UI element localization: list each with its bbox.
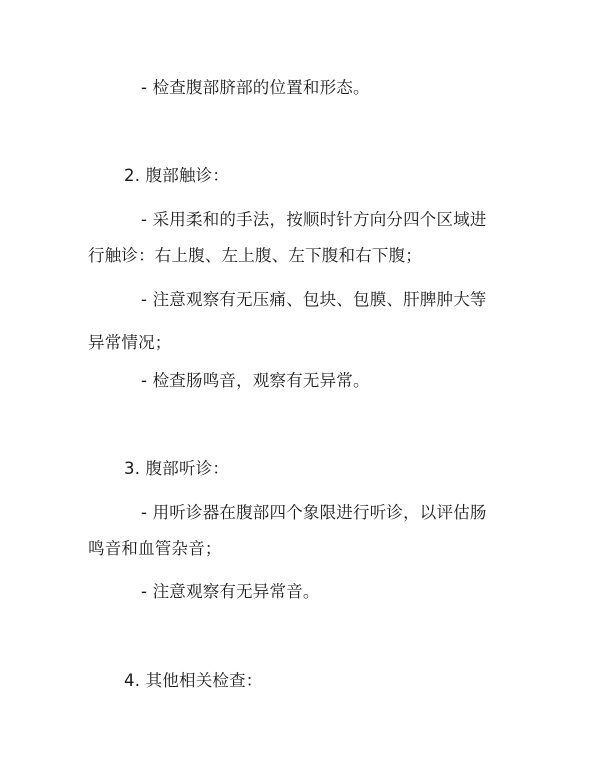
heading-auscultation: 3. 腹部听诊： — [124, 458, 229, 480]
heading-palpation: 2. 腹部触诊： — [124, 165, 229, 187]
bullet-palpation-method: - 采用柔和的手法，按顺时针方向分四个区域进 — [141, 209, 487, 231]
bullet-umbilicus-check: - 检查腹部脐部的位置和形态。 — [141, 77, 370, 99]
bullet-abnormal-sounds: - 注意观察有无异常音。 — [141, 581, 320, 603]
bullet-auscultation-method-cont: 鸣音和血管杂音； — [88, 538, 222, 560]
bullet-palpation-observe: - 注意观察有无压痛、包块、包膜、肝脾肿大等 — [141, 289, 487, 311]
heading-other-exams: 4. 其他相关检查： — [124, 670, 263, 692]
bullet-palpation-observe-cont: 异常情况； — [88, 332, 172, 354]
bullet-auscultation-method: - 用听诊器在腹部四个象限进行听诊，以评估肠 — [141, 502, 487, 524]
bullet-palpation-method-cont: 行触诊：右上腹、左上腹、左下腹和右下腹； — [88, 245, 422, 267]
bullet-bowel-sounds: - 检查肠鸣音，观察有无异常。 — [141, 370, 370, 392]
